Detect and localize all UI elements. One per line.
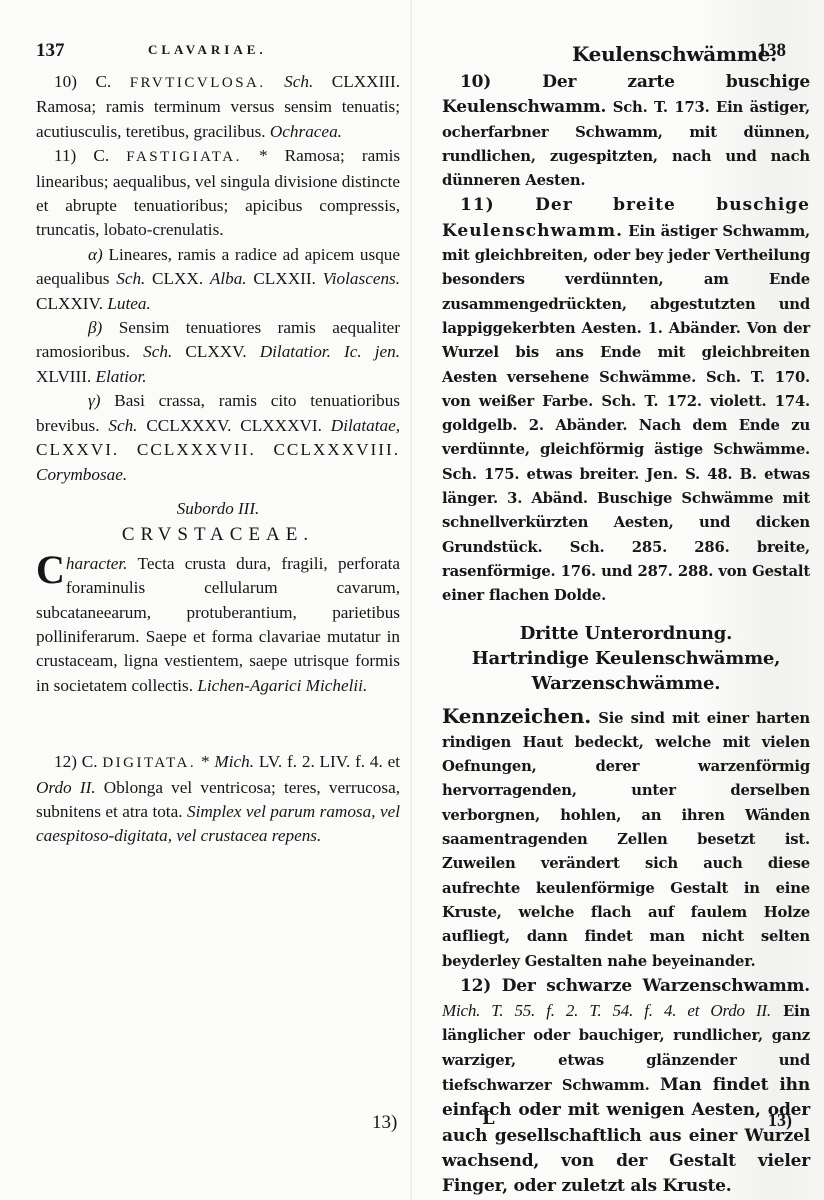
plate-number: CLXXII. [253,269,316,288]
entry-number: 11) [54,146,76,165]
genus: C. [95,72,111,91]
star-mark: * [259,146,268,165]
reference-abbr: Ic. jen. [344,342,400,361]
kennzeichen-paragraph: Kennzeichen. Sie sind mit einer harten r… [442,704,810,974]
suborder-heading: Dritte Unterordnung. [442,621,810,646]
reference-abbr: Sch. [143,342,172,361]
entry-12-german: 12) Der schwarze Warzenschwamm. Mich. T.… [442,974,810,1200]
species-name: FRVTICVLOSA. [130,75,266,91]
entry-12-latin: 12) C. DIGITATA. * Mich. LV. f. 2. LIV. … [36,750,400,849]
plate-number: CLXXVI. CCLXXXVII. CCLXXXVIII. [36,440,400,459]
plate-refs: LV. f. 2. LIV. f. 4. et [259,752,400,771]
reference-abbr: Sch. [116,269,145,288]
genus: C. [82,752,98,771]
left-running-title: CLAVARIAE. [148,42,267,58]
order-ref: Ordo II. [36,778,96,797]
species-name: DIGITATA. [102,755,196,771]
reference-abbr: Sch. [108,416,137,435]
variety-marker: α) [88,245,103,264]
variety-alpha: α) Lineares, ramis a radice ad apicem us… [36,243,400,316]
plate-number: CLXXIII. [332,72,400,91]
left-page-number: 137 [36,40,65,62]
entry-11-german: 11) Der breite buschige Keulenschwamm. E… [442,193,810,608]
right-catchword: 13) [768,1110,792,1131]
form-name: Dilatatior. [260,342,331,361]
variety-gamma: γ) Basi crassa, ramis cito tenuatioribus… [36,389,400,487]
plate-number: XLVIII. [36,367,91,386]
variety-3: 3. Abänd. Buschige Schwämme mit schnellv… [442,490,810,604]
kennzeichen-text: Sie sind mit einer harten rindigen Haut … [442,710,810,970]
reference-abbr: Sch. [284,72,313,91]
right-running-title: Keulenschwämme. [572,42,777,66]
genus: C. [93,146,109,165]
plate-number: CLXXV. [185,342,246,361]
right-page-number: 138 [758,40,787,62]
reference-abbr: Mich. [214,752,254,771]
variety-marker: γ) [88,391,101,410]
form-name: Elatior. [96,367,147,386]
left-running-head: 137 CLAVARIAE. [36,40,400,70]
variety-marker: β) [88,318,102,337]
subordo-heading: Subordo III. [36,497,400,521]
character-label: haracter. [66,554,128,573]
kennzeichen-label: Kennzeichen. [442,704,591,728]
left-page: 137 CLAVARIAE. 10) C. FRVTICVLOSA. Sch. … [0,0,412,1200]
plate-number: CCLXXXV. CLXXXVI. [146,416,322,435]
suborder-title: Hartrindige Keulenschwämme, [442,646,810,671]
entry-11-latin: 11) C. FASTIGIATA. * Ramosa; ramis linea… [36,144,400,243]
character-text: Tecta crusta dura, fragili, perforata fo… [36,554,400,695]
right-page: Keulenschwämme. 138 10) Der zarte buschi… [412,0,824,1200]
form-name: Dilatatae, [331,416,400,435]
character-paragraph: Character. Tecta crusta dura, fragili, p… [36,552,400,698]
entry-10-german: 10) Der zarte buschige Keulenschwamm. Sc… [442,70,810,193]
synonym: Lichen-Agarici Michelii. [197,676,367,695]
plate-number: CLXX. [152,269,203,288]
color-term: Ochracea. [270,122,342,141]
entry-10-latin: 10) C. FRVTICVLOSA. Sch. CLXXIII. Ramosa… [36,70,400,144]
variety-beta: β) Sensim tenuatiores ramis aequaliter r… [36,316,400,389]
form-name: Alba. [210,269,247,288]
plate-number: CLXXIV. [36,294,103,313]
entry-title: 12) Der schwarze Warzenschwamm. [460,976,810,996]
entry-number: 10) [54,72,77,91]
description: Ramosa; ramis terminum versus sensim ten… [36,97,400,140]
entry-number: 12) [54,752,77,771]
form-name: Violascens. [323,269,401,288]
signature-mark: L [482,1108,495,1129]
left-catchword: 13) [372,1112,397,1134]
suborder-subtitle: Warzenschwämme. [442,671,810,696]
form-name: Corymbosae. [36,465,127,484]
right-running-head: Keulenschwämme. 138 [442,40,810,70]
form-name: Lutea. [107,294,150,313]
species-name: FASTIGIATA. [126,149,242,165]
subordo-title: CRVSTACEAE. [36,523,400,547]
reference: Mich. T. 55. f. 2. T. 54. f. 4. et Ordo … [442,1001,771,1020]
drop-cap: C [36,555,65,585]
star-mark: * [201,752,210,771]
